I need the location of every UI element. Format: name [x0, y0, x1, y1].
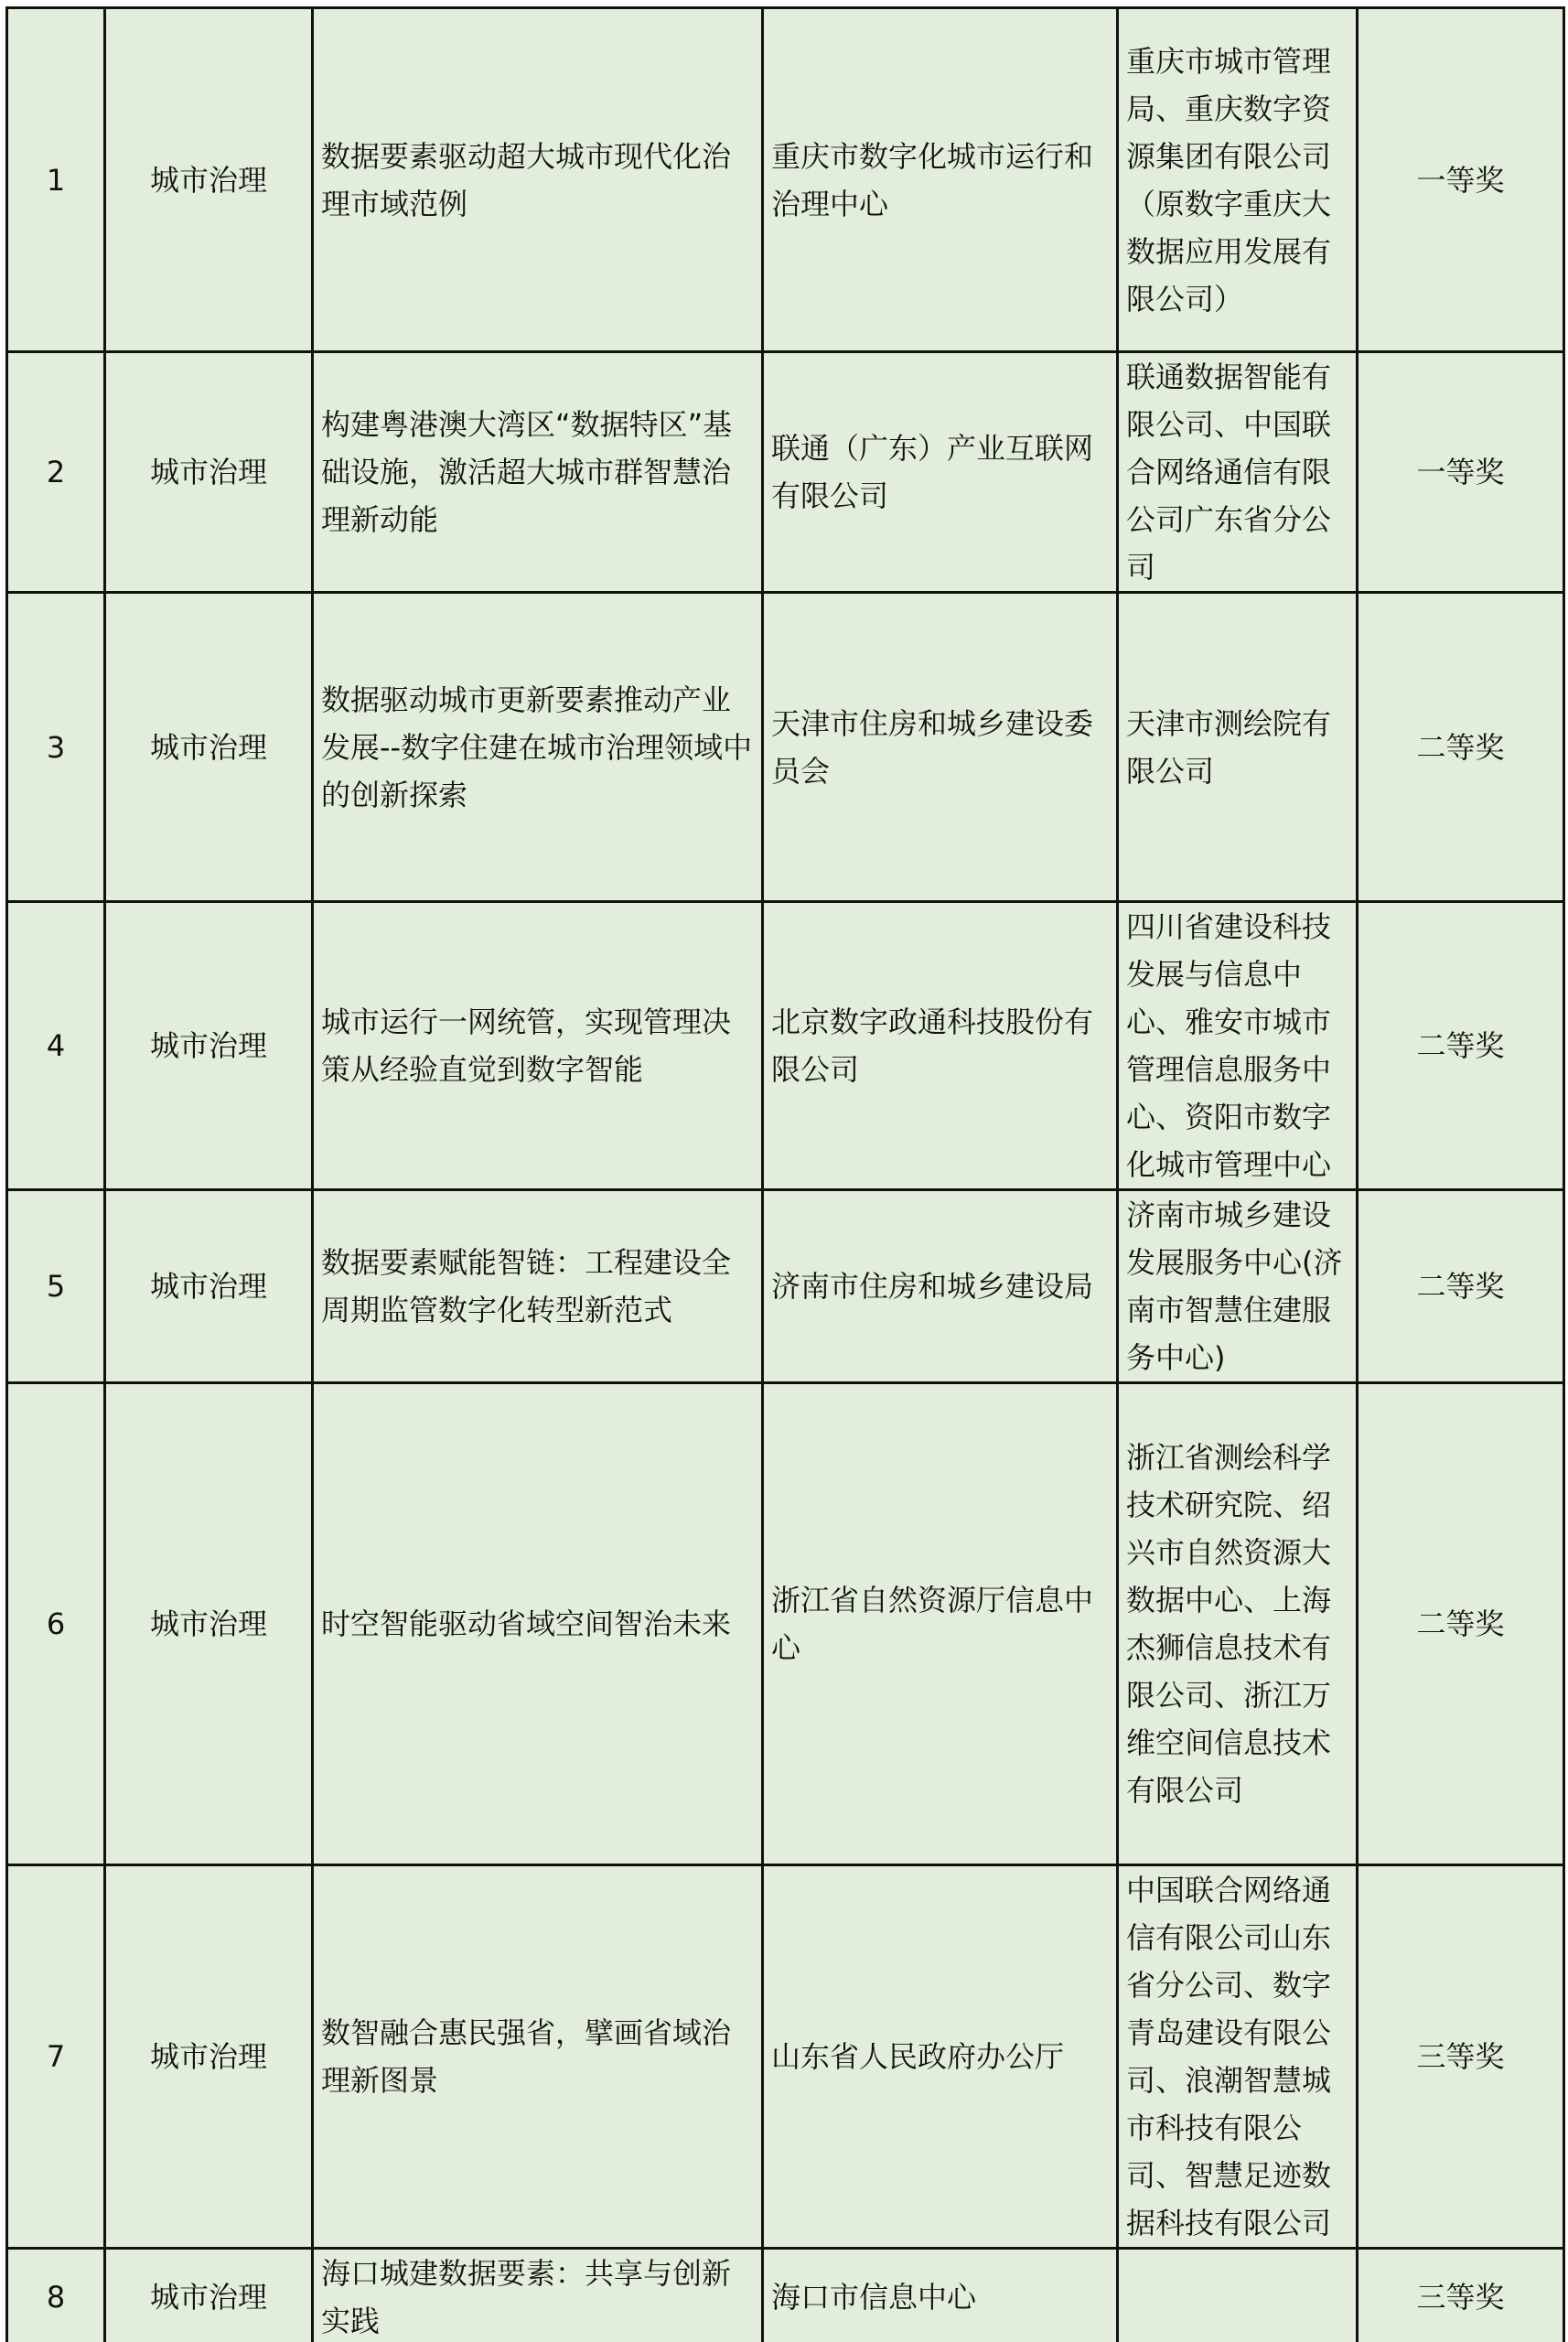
row-award: 二等奖	[1358, 1383, 1564, 1865]
row-partners: 济南市城乡建设发展服务中心(济南市智慧住建服务中心)	[1118, 1190, 1358, 1383]
awards-table-container: 1 城市治理 数据要素驱动超大城市现代化治理市域范例 重庆市数字化城市运行和治理…	[5, 6, 1563, 2342]
row-case-title: 海口城建数据要素：共享与创新实践	[313, 2249, 763, 2342]
row-award: 二等奖	[1358, 1190, 1564, 1383]
row-partners: 四川省建设科技发展与信息中心、雅安市城市管理信息服务中心、资阳市数字化城市管理中…	[1118, 902, 1358, 1190]
awards-table: 1 城市治理 数据要素驱动超大城市现代化治理市域范例 重庆市数字化城市运行和治理…	[5, 6, 1565, 2342]
row-index: 1	[7, 8, 105, 352]
table-row: 7 城市治理 数智融合惠民强省，擘画省域治理新图景 山东省人民政府办公厅 中国联…	[7, 1865, 1564, 2249]
row-case-title: 时空智能驱动省域空间智治未来	[313, 1383, 763, 1865]
row-category: 城市治理	[105, 2249, 313, 2342]
row-category: 城市治理	[105, 593, 313, 902]
table-row: 8 城市治理 海口城建数据要素：共享与创新实践 海口市信息中心 三等奖	[7, 2249, 1564, 2342]
row-category: 城市治理	[105, 1383, 313, 1865]
row-index: 4	[7, 902, 105, 1190]
row-case-title: 数据驱动城市更新要素推动产业发展--数字住建在城市治理领域中的创新探索	[313, 593, 763, 902]
row-index: 3	[7, 593, 105, 902]
table-row: 2 城市治理 构建粤港澳大湾区“数据特区”基础设施，激活超大城市群智慧治理新动能…	[7, 352, 1564, 593]
row-case-title: 数智融合惠民强省，擘画省域治理新图景	[313, 1865, 763, 2249]
row-index: 7	[7, 1865, 105, 2249]
row-organization: 天津市住房和城乡建设委员会	[763, 593, 1118, 902]
row-partners: 联通数据智能有限公司、中国联合网络通信有限公司广东省分公司	[1118, 352, 1358, 593]
row-organization: 北京数字政通科技股份有限公司	[763, 902, 1118, 1190]
row-case-title: 数据要素赋能智链：工程建设全周期监管数字化转型新范式	[313, 1190, 763, 1383]
row-award: 三等奖	[1358, 2249, 1564, 2342]
row-index: 5	[7, 1190, 105, 1383]
table-row: 1 城市治理 数据要素驱动超大城市现代化治理市域范例 重庆市数字化城市运行和治理…	[7, 8, 1564, 352]
table-row: 3 城市治理 数据驱动城市更新要素推动产业发展--数字住建在城市治理领域中的创新…	[7, 593, 1564, 902]
row-organization: 浙江省自然资源厅信息中心	[763, 1383, 1118, 1865]
row-award: 一等奖	[1358, 352, 1564, 593]
row-award: 三等奖	[1358, 1865, 1564, 2249]
row-category: 城市治理	[105, 352, 313, 593]
row-organization: 联通（广东）产业互联网有限公司	[763, 352, 1118, 593]
row-organization: 山东省人民政府办公厅	[763, 1865, 1118, 2249]
row-case-title: 数据要素驱动超大城市现代化治理市域范例	[313, 8, 763, 352]
row-partners	[1118, 2249, 1358, 2342]
row-organization: 重庆市数字化城市运行和治理中心	[763, 8, 1118, 352]
row-organization: 济南市住房和城乡建设局	[763, 1190, 1118, 1383]
row-category: 城市治理	[105, 8, 313, 352]
row-case-title: 构建粤港澳大湾区“数据特区”基础设施，激活超大城市群智慧治理新动能	[313, 352, 763, 593]
row-organization: 海口市信息中心	[763, 2249, 1118, 2342]
table-row: 4 城市治理 城市运行一网统管，实现管理决策从经验直觉到数字智能 北京数字政通科…	[7, 902, 1564, 1190]
row-partners: 重庆市城市管理局、重庆数字资源集团有限公司（原数字重庆大数据应用发展有限公司）	[1118, 8, 1358, 352]
row-category: 城市治理	[105, 1190, 313, 1383]
row-award: 二等奖	[1358, 902, 1564, 1190]
row-index: 8	[7, 2249, 105, 2342]
row-category: 城市治理	[105, 902, 313, 1190]
row-partners: 中国联合网络通信有限公司山东省分公司、数字青岛建设有限公司、浪潮智慧城市科技有限…	[1118, 1865, 1358, 2249]
row-partners: 浙江省测绘科学技术研究院、绍兴市自然资源大数据中心、上海杰狮信息技术有限公司、浙…	[1118, 1383, 1358, 1865]
row-award: 一等奖	[1358, 8, 1564, 352]
row-partners: 天津市测绘院有限公司	[1118, 593, 1358, 902]
table-row: 5 城市治理 数据要素赋能智链：工程建设全周期监管数字化转型新范式 济南市住房和…	[7, 1190, 1564, 1383]
table-row: 6 城市治理 时空智能驱动省域空间智治未来 浙江省自然资源厅信息中心 浙江省测绘…	[7, 1383, 1564, 1865]
row-index: 6	[7, 1383, 105, 1865]
row-index: 2	[7, 352, 105, 593]
row-award: 二等奖	[1358, 593, 1564, 902]
row-case-title: 城市运行一网统管，实现管理决策从经验直觉到数字智能	[313, 902, 763, 1190]
row-category: 城市治理	[105, 1865, 313, 2249]
